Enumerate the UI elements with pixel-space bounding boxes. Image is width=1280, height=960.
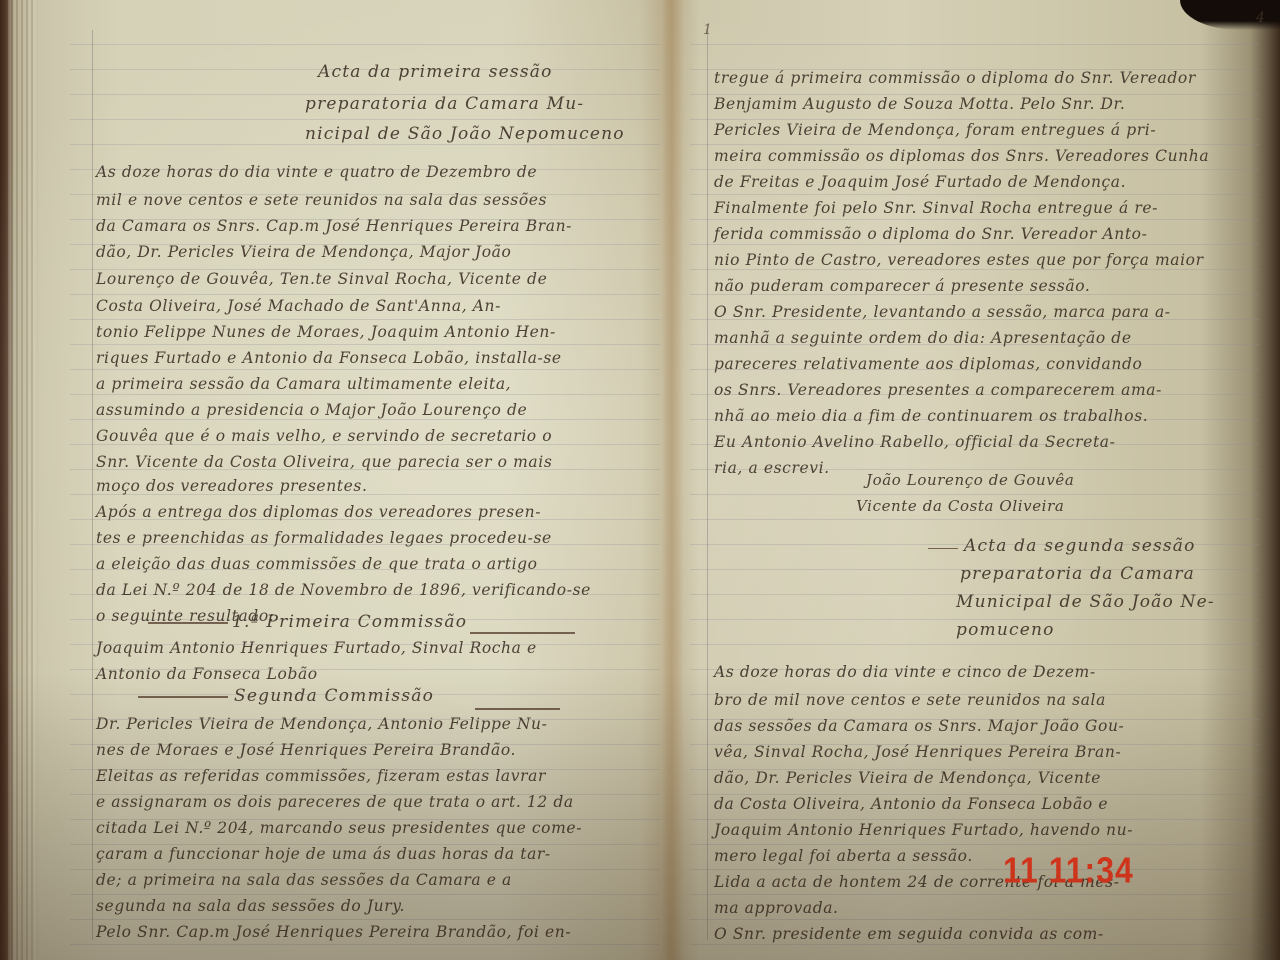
body-line: Após a entrega dos diplomas dos vereador… xyxy=(96,500,541,524)
body-line: assumindo a presidencia o Major João Lou… xyxy=(96,398,527,422)
body-line: segunda na sala das sessões do Jury. xyxy=(96,894,405,918)
body-line: riques Furtado e Antonio da Fonseca Lobã… xyxy=(96,346,562,370)
body-line: Lourenço de Gouvêa, Ten.te Sinval Rocha,… xyxy=(96,267,547,291)
body-line: a eleição das duas commissões de que tra… xyxy=(96,552,538,576)
body-line: meira commissão os diplomas dos Snrs. Ve… xyxy=(714,144,1209,168)
page-number: 1 xyxy=(703,22,712,38)
body-line: mero legal foi aberta a sessão. xyxy=(714,844,973,868)
body-line: As doze horas do dia vinte e quatro de D… xyxy=(96,160,537,184)
commission-heading: Segunda Commissão xyxy=(234,684,434,708)
body-line: Eu Antonio Avelino Rabello, official da … xyxy=(714,430,1115,454)
signature: Vicente da Costa Oliveira xyxy=(856,494,1064,518)
corner-number: 4 xyxy=(1256,10,1265,26)
body-line: tes e preenchidas as formalidades legaes… xyxy=(96,526,552,550)
body-line: vêa, Sinval Rocha, José Henriques Pereir… xyxy=(714,740,1121,764)
body-line: As doze horas do dia vinte e cinco de De… xyxy=(714,660,1096,684)
body-line: ferida commissão o diploma do Snr. Verea… xyxy=(714,222,1147,246)
body-line: O Snr. presidente em seguida convida as … xyxy=(714,922,1104,946)
body-line: nes de Moraes e José Henriques Pereira B… xyxy=(96,738,516,762)
body-line: O Snr. Presidente, levantando a sessão, … xyxy=(714,300,1171,324)
title-line: Acta da primeira sessão xyxy=(318,60,553,84)
title-line: Acta da segunda sessão xyxy=(964,534,1196,558)
body-line: de Freitas e Joaquim José Furtado de Men… xyxy=(714,170,1126,194)
heading-rule xyxy=(148,622,228,624)
body-line: Dr. Pericles Vieira de Mendonça, Antonio… xyxy=(96,712,547,736)
heading-rule xyxy=(470,632,575,634)
book-gutter xyxy=(662,0,684,960)
body-line: da Camara os Snrs. Cap.m José Henriques … xyxy=(96,214,572,238)
body-line: citada Lei N.º 204, marcando seus presid… xyxy=(96,816,582,840)
body-line: moço dos vereadores presentes. xyxy=(96,474,367,498)
left-margin-rule xyxy=(92,30,93,940)
body-line: Joaquim Antonio Henriques Furtado, haven… xyxy=(714,818,1133,842)
body-line: çaram a funccionar hoje de uma ás duas h… xyxy=(96,842,551,866)
body-line: Finalmente foi pelo Snr. Sinval Rocha en… xyxy=(714,196,1158,220)
body-line: nhã ao meio dia a fim de continuarem os … xyxy=(714,404,1148,428)
title-line: nicipal de São João Nepomuceno xyxy=(305,122,625,146)
body-line: mil e nove centos e sete reunidos na sal… xyxy=(96,188,547,212)
ledger-photo: Acta da primeira sessão preparatoria da … xyxy=(0,0,1280,960)
body-line: Gouvêa que é o mais velho, e servindo de… xyxy=(96,424,552,448)
body-line: dão, Dr. Pericles Vieira de Mendonça, Ma… xyxy=(96,240,511,264)
body-line: Joaquim Antonio Henriques Furtado, Sinva… xyxy=(96,636,537,660)
right-margin-rule xyxy=(707,30,708,940)
body-line: Pelo Snr. Cap.m José Henriques Pereira B… xyxy=(96,920,571,944)
body-line: das sessões da Camara os Snrs. Major Joã… xyxy=(714,714,1124,738)
signature: João Lourenço de Gouvêa xyxy=(866,468,1074,492)
body-line: tregue á primeira commissão o diploma do… xyxy=(714,66,1196,90)
body-line: Pericles Vieira de Mendonça, foram entre… xyxy=(714,118,1156,142)
page-edges xyxy=(6,0,36,960)
camera-timestamp: 11 11:34 xyxy=(1003,850,1134,891)
body-line: os Snrs. Vereadores presentes a comparec… xyxy=(714,378,1162,402)
body-line: de; a primeira na sala das sessões da Ca… xyxy=(96,868,512,892)
body-line: não puderam comparecer á presente sessão… xyxy=(714,274,1090,298)
body-line: da Lei N.º 204 de 18 de Novembro de 1896… xyxy=(96,578,591,602)
body-line: e assignaram os dois pareceres de que tr… xyxy=(96,790,574,814)
heading-rule xyxy=(138,696,228,698)
body-line: Eleitas as referidas commissões, fizeram… xyxy=(96,764,546,788)
body-line: manhã a seguinte ordem do dia: Apresenta… xyxy=(714,326,1132,350)
body-line: a primeira sessão da Camara ultimamente … xyxy=(96,372,511,396)
body-line: Benjamim Augusto de Souza Motta. Pelo Sn… xyxy=(714,92,1125,116)
commission-heading: 1.ª Primeira Commissão xyxy=(232,610,467,634)
body-line: Snr. Vicente da Costa Oliveira, que pare… xyxy=(96,450,552,474)
body-line: Antonio da Fonseca Lobão xyxy=(96,662,318,686)
body-line: pareceres relativamente aos diplomas, co… xyxy=(714,352,1142,376)
title-line: preparatoria da Camara xyxy=(960,562,1195,586)
body-line: ria, a escrevi. xyxy=(714,456,830,480)
body-line: bro de mil nove centos e sete reunidos n… xyxy=(714,688,1106,712)
body-line: tonio Felippe Nunes de Moraes, Joaquim A… xyxy=(96,320,556,344)
title-line: preparatoria da Camara Mu- xyxy=(305,92,584,116)
title-flourish xyxy=(928,548,958,549)
body-line: Costa Oliveira, José Machado de Sant'Ann… xyxy=(96,294,501,318)
heading-rule xyxy=(475,708,560,710)
body-line: dão, Dr. Pericles Vieira de Mendonça, Vi… xyxy=(714,766,1101,790)
title-line: pomuceno xyxy=(956,618,1055,642)
body-line: ma approvada. xyxy=(714,896,839,920)
body-line: nio Pinto de Castro, vereadores estes qu… xyxy=(714,248,1204,272)
body-line: da Costa Oliveira, Antonio da Fonseca Lo… xyxy=(714,792,1108,816)
title-line: Municipal de São João Ne- xyxy=(956,590,1215,614)
